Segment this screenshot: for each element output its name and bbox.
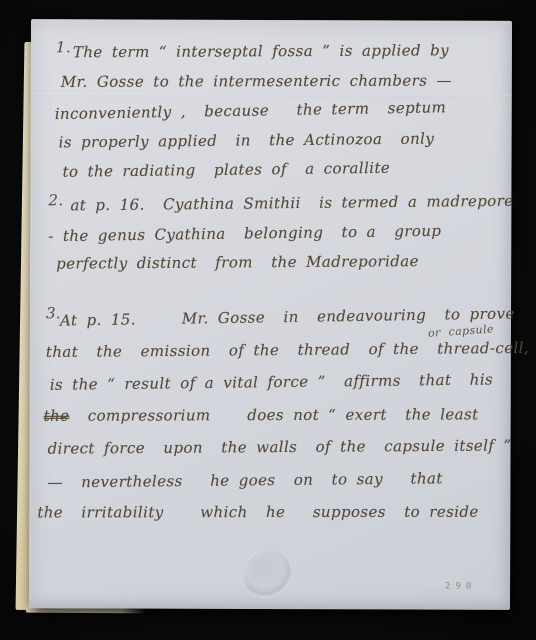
handwritten-line: the compressorium does not “ exert the l… <box>44 398 511 432</box>
handwritten-line: The term “ interseptal fossa ” is applie… <box>73 36 512 68</box>
handwritten-line: to the radiating plates of a corallite <box>62 152 511 187</box>
handwritten-line: is the “ result of a vital force ” affir… <box>50 363 511 401</box>
manuscript-note: 2.at p. 16. Cyathina Smithii is termed a… <box>30 188 511 278</box>
note-number: 1. <box>56 38 71 56</box>
manuscript-notes: 1.The term “ interseptal fossa ” is appl… <box>29 19 512 610</box>
manuscript-note: 1.The term “ interseptal fossa ” is appl… <box>30 36 512 185</box>
manuscript-note: 3.At p. 15. Mr. Gosse in endeavouring to… <box>29 300 511 529</box>
handwritten-line: Mr. Gosse to the intermesenteric chamber… <box>61 66 512 97</box>
handwritten-line: - the genus Cyathina belonging to a grou… <box>48 215 511 251</box>
photograph-background: 1.The term “ interseptal fossa ” is appl… <box>0 0 536 640</box>
handwritten-line: — nevertheless he goes on to say that <box>47 461 510 498</box>
embossed-stamp <box>243 549 291 599</box>
handwritten-line: direct force upon the walls of the capsu… <box>47 429 510 465</box>
handwritten-line: the irritability which he supposes to re… <box>37 496 510 529</box>
note-number: 2. <box>48 191 63 209</box>
page-number: 290 <box>445 582 476 592</box>
handwritten-line: perfectly distinct from the Madreporidae <box>56 246 511 279</box>
manuscript-page: 1.The term “ interseptal fossa ” is appl… <box>29 19 512 610</box>
